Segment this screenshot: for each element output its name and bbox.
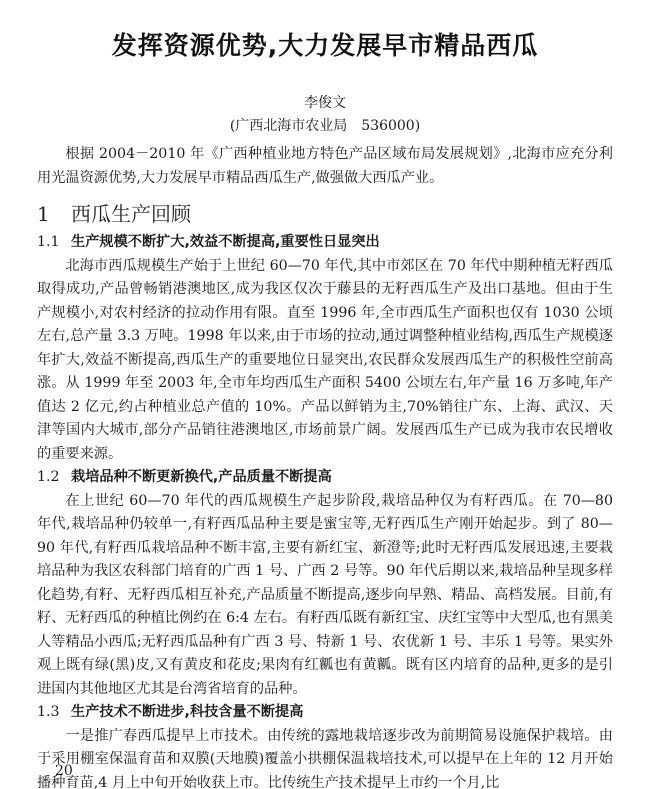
author-name: 李俊文 [0,92,650,112]
intro-block: 根据 2004－2010 年《广西种植业地方特色产品区域布局发展规划》,北海市应… [37,143,613,190]
page-number: 20 [55,763,73,779]
subsection-paragraph-1-1: 北海市西瓜规模生产始于上世纪 60—70 年代,其中市郊区在 70 年代中期种植… [37,255,613,467]
section-title: 西瓜生产回顾 [71,202,191,226]
section-number: 1 [37,202,71,226]
subsection-heading-1-1: 1.1生产规模不断扩大,效益不断提高,重要性日显突出 [37,231,613,255]
subsection-number: 1.3 [37,701,71,725]
article-title: 发挥资源优势,大力发展早市精品西瓜 [0,26,650,62]
subsection-heading-1-2: 1.2栽培品种不断更新换代,产品质量不断提高 [37,466,613,490]
subsection-title: 生产技术不断进步,科技含量不断提高 [71,704,303,720]
intro-paragraph: 根据 2004－2010 年《广西种植业地方特色产品区域布局发展规划》,北海市应… [37,143,613,190]
subsection-title: 栽培品种不断更新换代,产品质量不断提高 [71,469,332,485]
author-affiliation: (广西北海市农业局 536000) [0,115,650,135]
subsection-heading-1-3: 1.3生产技术不断进步,科技含量不断提高 [37,701,613,725]
article-page: 发挥资源优势,大力发展早市精品西瓜 李俊文 (广西北海市农业局 536000) … [0,0,650,789]
section-heading: 1西瓜生产回顾 [37,198,191,227]
subsection-number: 1.1 [37,231,71,255]
subsection-paragraph-1-3: 一是推广春西瓜提早上市技术。由传统的露地栽培逐步改为前期简易设施保护栽培。由于采… [37,725,613,789]
subsection-title: 生产规模不断扩大,效益不断提高,重要性日显突出 [71,234,380,250]
subsection-number: 1.2 [37,466,71,490]
section-body: 1.1生产规模不断扩大,效益不断提高,重要性日显突出 北海市西瓜规模生产始于上世… [37,231,613,789]
subsection-paragraph-1-2: 在上世纪 60—70 年代的西瓜规模生产起步阶段,栽培品种仅为有籽西瓜。在 70… [37,490,613,702]
